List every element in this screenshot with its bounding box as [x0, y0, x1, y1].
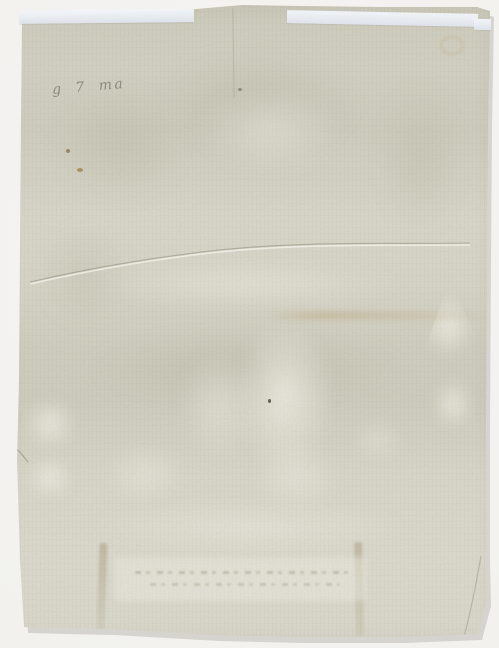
- grain-rect: [0, 0, 499, 648]
- print-verso-sheet: g 7 ma: [0, 0, 499, 648]
- photo-backdrop: g 7 ma: [0, 0, 499, 648]
- paper-grain-texture: [0, 0, 499, 648]
- tape-remnant-top-left: [19, 9, 194, 24]
- tape-remnant-top-right-corner: [474, 19, 491, 30]
